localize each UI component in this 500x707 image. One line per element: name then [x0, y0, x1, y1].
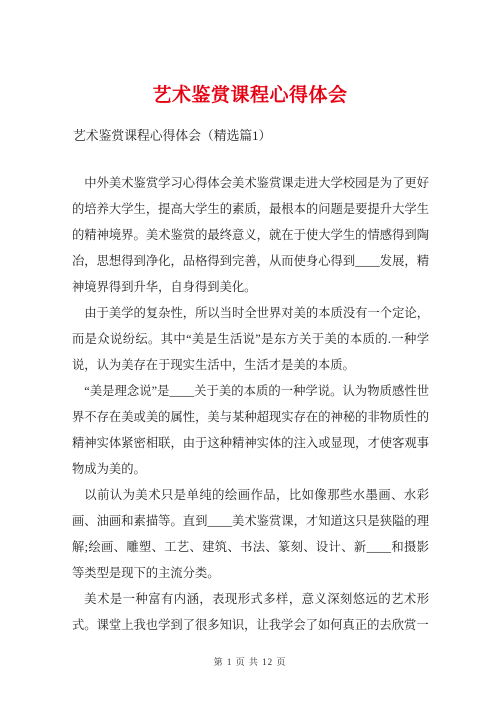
- document-subtitle: 艺术鉴赏课程心得体会（精选篇1）: [73, 125, 271, 144]
- document-body: 中外美术鉴赏学习心得体会美术鉴赏课走进大学校园是为了更好的培养大学生，提高大学生…: [72, 170, 429, 638]
- document-title: 艺术鉴赏课程心得体会: [0, 80, 500, 107]
- paragraph-5: 美术是一种富有内涵，表现形式多样，意义深刻悠远的艺术形式。课堂上我也学到了很多知…: [72, 586, 429, 638]
- page-number-footer: 第 1 页 共 12 页: [0, 655, 500, 668]
- paragraph-1: 中外美术鉴赏学习心得体会美术鉴赏课走进大学校园是为了更好的培养大学生，提高大学生…: [72, 170, 429, 300]
- paragraph-2: 由于美学的复杂性，所以当时全世界对美的本质没有一个定论，而是众说纷纭。其中“美是…: [72, 300, 429, 378]
- paragraph-3: “美是理念说”是____关于美的本质的一种学说。认为物质感性世界不存在美或美的属…: [72, 378, 429, 482]
- document-page: 艺术鉴赏课程心得体会 艺术鉴赏课程心得体会（精选篇1） 中外美术鉴赏学习心得体会…: [0, 0, 500, 707]
- paragraph-4: 以前认为美术只是单纯的绘画作品，比如像那些水墨画、水彩画、油画和素描等。直到__…: [72, 482, 429, 586]
